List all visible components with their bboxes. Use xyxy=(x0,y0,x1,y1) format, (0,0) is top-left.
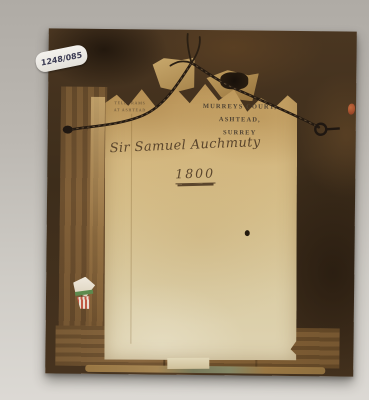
label-hole xyxy=(245,230,250,236)
telegrams-line2: AT ASHTEAD xyxy=(104,106,156,114)
torn-paper-remnant xyxy=(151,57,196,93)
address-line2: ASHTEAD, xyxy=(194,113,286,127)
label-bottom-tab xyxy=(167,358,209,369)
address-letterhead: MURREYS COURT, ASHTEAD, SURREY xyxy=(194,100,286,140)
photograph-backdrop: TELEGRAMS AT ASHTEAD MURREYS COURT, ASHT… xyxy=(0,0,369,400)
telegrams-print: TELEGRAMS AT ASHTEAD xyxy=(104,99,156,114)
backing-board-left xyxy=(58,87,107,359)
red-wax-spot xyxy=(348,104,355,115)
handwritten-year: 1800 xyxy=(175,165,215,184)
ring-fixing xyxy=(326,128,340,129)
address-line1: MURREYS COURT, xyxy=(194,100,286,114)
lot-number: 1248/085 xyxy=(41,50,83,67)
metal-ring xyxy=(315,124,326,135)
lot-number-sticker: 1248/085 xyxy=(34,44,89,74)
torn-paper-gap xyxy=(220,72,248,89)
picture-frame-back: TELEGRAMS AT ASHTEAD MURREYS COURT, ASHT… xyxy=(45,28,357,376)
